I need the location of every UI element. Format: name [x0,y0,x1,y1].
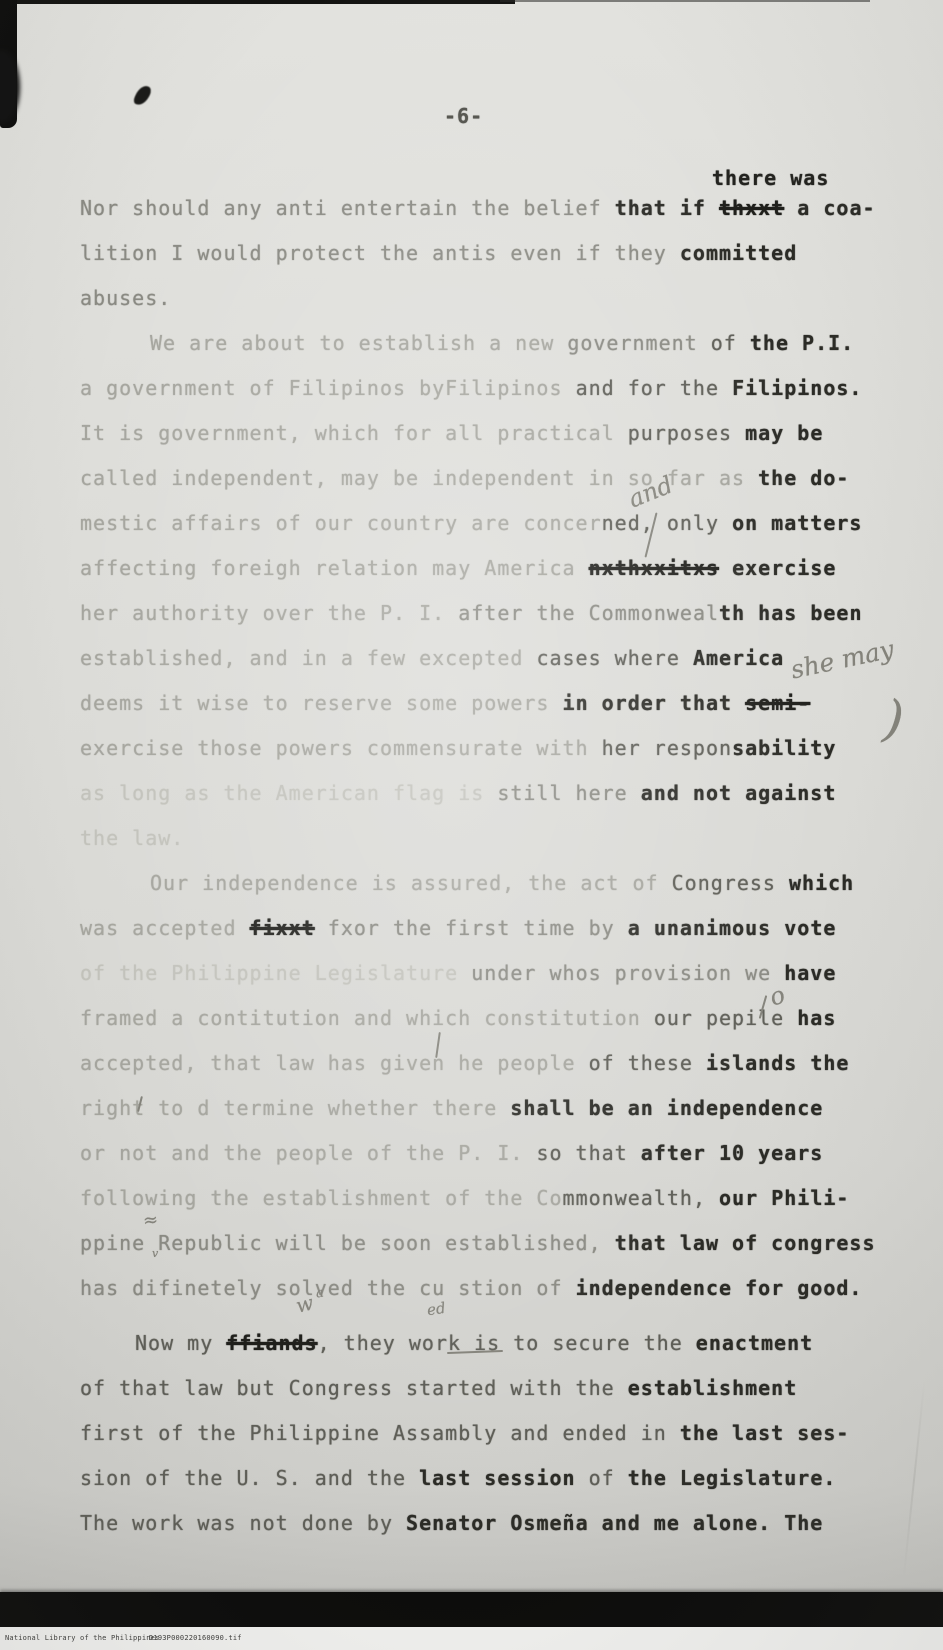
scan-edge-artifact-top [0,0,515,4]
footer-file-id: D193P000220160090.tif [149,1634,242,1642]
typed-segment: have [784,961,836,985]
typewritten-line: of that law but Congress started with th… [80,1366,910,1411]
typed-segment: government [567,331,710,355]
typed-segment: her respon [602,736,732,760]
typed-segment: nxthxxitxs [589,556,719,580]
typewritten-line: sion of the U. S. and the last session o… [80,1456,910,1501]
typewritten-line: of the Philippine Legislature under whos… [80,951,910,996]
typed-segment: the do- [758,466,849,490]
typed-segment: ffiands [226,1331,317,1355]
typed-segment: Filipinos. [732,376,862,400]
typed-segment: and not against [641,781,837,805]
typed-segment: th has been [719,601,862,625]
typed-segment: independence for good. [576,1276,863,1300]
typewritten-line: It is government, which for all practica… [80,411,910,456]
typewritten-line: has difinetely solved the cu stion of in… [80,1266,910,1311]
typed-segment: called independent, may be independent i… [80,466,758,490]
typed-segment: her authority over the P. I. [80,601,458,625]
scanned-document-page: -6- there was Nor should any anti entert… [0,0,943,1650]
typed-segment: islands the [706,1051,849,1075]
typed-segment: affecting foreigh relation may America [80,556,589,580]
typewritten-line: a government of Filipinos byFilipinos an… [80,366,910,411]
typed-segment: exercise [719,556,836,580]
typed-segment: sion of the U. S. and the [80,1466,419,1490]
typed-segment: following the establishment of the Co [80,1186,563,1210]
typed-segment: establishment [628,1376,798,1400]
typed-segment: of [711,331,750,355]
typed-segment: so that [536,1141,640,1165]
typed-segment: committed [680,241,797,265]
typed-segment: right to d termine whether there [80,1096,510,1120]
typed-segment: in order that [563,691,746,715]
typewritten-line: exercise those powers commensurate with … [80,726,910,771]
typed-segment: exercise those powers commensurate with [80,736,602,760]
typed-segment: after the Commonweal [458,601,719,625]
typed-segment: first of the Philippine Assambly and end… [80,1421,680,1445]
typewritten-line: framed a contitution and which constitut… [80,996,910,1041]
typewritten-line: the law. [80,816,910,861]
typed-segment: The work was not done by [80,1511,406,1535]
typed-segment: , they work is to secure the [318,1331,696,1355]
typed-segment: the law. [80,826,184,850]
typed-segment: fixxt [250,916,315,940]
typewritten-line: We are about to establish a new governme… [80,321,910,366]
typed-segment: as long as the American flag is [80,781,497,805]
typed-segment: Congress [672,871,789,895]
typed-segment: a unanimous vote [628,916,837,940]
typewritten-line: called independent, may be independent i… [80,456,910,501]
typewritten-line: or not and the people of the P. I. so th… [80,1131,910,1176]
typed-segment: ppine Republic will be soon established, [80,1231,615,1255]
ink-speck [132,83,152,107]
typewritten-line: following the establishment of the Commo… [80,1176,910,1221]
typewritten-line: Our independence is assured, the act of … [80,861,910,906]
typed-segment: of [576,1466,628,1490]
typed-segment: that law of congress [615,1231,876,1255]
typed-segment: America [693,646,784,670]
typed-segment: shall be an independence [510,1096,823,1120]
typewritten-line: The work was not done by Senator Osmeña … [80,1501,910,1546]
typewritten-text: Nor should any anti entertain the belief… [80,186,910,1546]
typed-segment: mmonwealth, [563,1186,720,1210]
typed-segment: may be [745,421,823,445]
typed-segment: We are about to establish a new [150,331,567,355]
typed-segment: ned, only [602,511,732,535]
footer-library-label: National Library of the Philippines [5,1634,160,1642]
typed-segment: a coa- [784,196,875,220]
typed-segment: of these [589,1051,706,1075]
typed-segment: lition I would protect the antis even if… [80,241,680,265]
typed-segment: accepted, that law has given he people [80,1051,589,1075]
typed-segment: sability [732,736,836,760]
typed-segment: on matters [732,511,862,535]
scan-footer: National Library of the Philippines D193… [0,1627,943,1650]
typewritten-line: was accepted fixxt fxor the first time b… [80,906,910,951]
typed-segment: still here [497,781,640,805]
typed-segment: our Phili- [719,1186,849,1210]
typed-segment: purposes [628,421,745,445]
typed-segment: under whos provision we [471,961,784,985]
typewritten-line: Nor should any anti entertain the belief… [80,186,910,231]
typed-segment: established, and in a few excepted [80,646,536,670]
typewritten-line: first of the Philippine Assambly and end… [80,1411,910,1456]
scan-edge-artifact-bottom [0,1592,943,1627]
typewritten-line: deems it wise to reserve some powers in … [80,681,910,726]
typewritten-line: lition I would protect the antis even if… [80,231,910,276]
typed-segment: cases where [536,646,693,670]
typed-segment: semi- [745,691,810,715]
typewritten-line: her authority over the P. I. after the C… [80,591,910,636]
typed-segment: Now my [135,1331,226,1355]
scan-edge-artifact-top-thin [500,0,870,2]
typed-segment: which [789,871,854,895]
typewritten-line: ppine Republic will be soon established,… [80,1221,910,1266]
typed-segment: framed a contitution and which constitut… [80,1006,654,1030]
typewritten-line: mestic affairs of our country are concer… [80,501,910,546]
typed-segment: deems it wise to reserve some powers [80,691,563,715]
typed-segment: enactment [696,1331,813,1355]
typed-segment: the P.I. [750,331,854,355]
typed-segment: It is government, which for all practica… [80,421,628,445]
typed-segment: the last ses- [680,1421,850,1445]
typewritten-line: affecting foreigh relation may America n… [80,546,910,591]
scan-edge-blob [0,50,20,124]
typed-segment: the Legislature. [628,1466,837,1490]
typed-segment: last session [419,1466,576,1490]
typed-segment: Senator Osmeña and me alone. The [406,1511,823,1535]
typewritten-line: accepted, that law has given he people o… [80,1041,910,1086]
typed-segment: that if [615,196,719,220]
typed-segment: our pepile [654,1006,797,1030]
typed-segment: Our independence is assured, the act of [150,871,672,895]
typed-segment: mestic affairs of our country are concer [80,511,602,535]
typed-segment: of that law but Congress started with th… [80,1376,628,1400]
typed-segment: was accepted [80,916,250,940]
typed-segment: thxxt [719,196,784,220]
typed-segment: has difinetely solved the cu stion of [80,1276,576,1300]
typewritten-line: as long as the American flag is still he… [80,771,910,816]
typed-segment: abuses. [80,286,171,310]
typed-segment: a government of Filipinos byFilipinos [80,376,576,400]
typewritten-line: Now my ffiands, they work is to secure t… [80,1321,910,1366]
typed-segment: Nor should any anti entertain the belief [80,196,615,220]
typed-segment: after 10 years [641,1141,824,1165]
page-number: -6- [444,104,483,128]
typed-segment: fxor the first time by [315,916,628,940]
typed-segment: has [797,1006,836,1030]
typed-segment: of the Philippine Legislature [80,961,471,985]
typed-segment: and for the [576,376,733,400]
typewritten-line: established, and in a few excepted cases… [80,636,910,681]
typewritten-line: abuses. [80,276,910,321]
typed-segment: or not and the people of the P. I. [80,1141,536,1165]
typewritten-line: right to d termine whether there shall b… [80,1086,910,1131]
